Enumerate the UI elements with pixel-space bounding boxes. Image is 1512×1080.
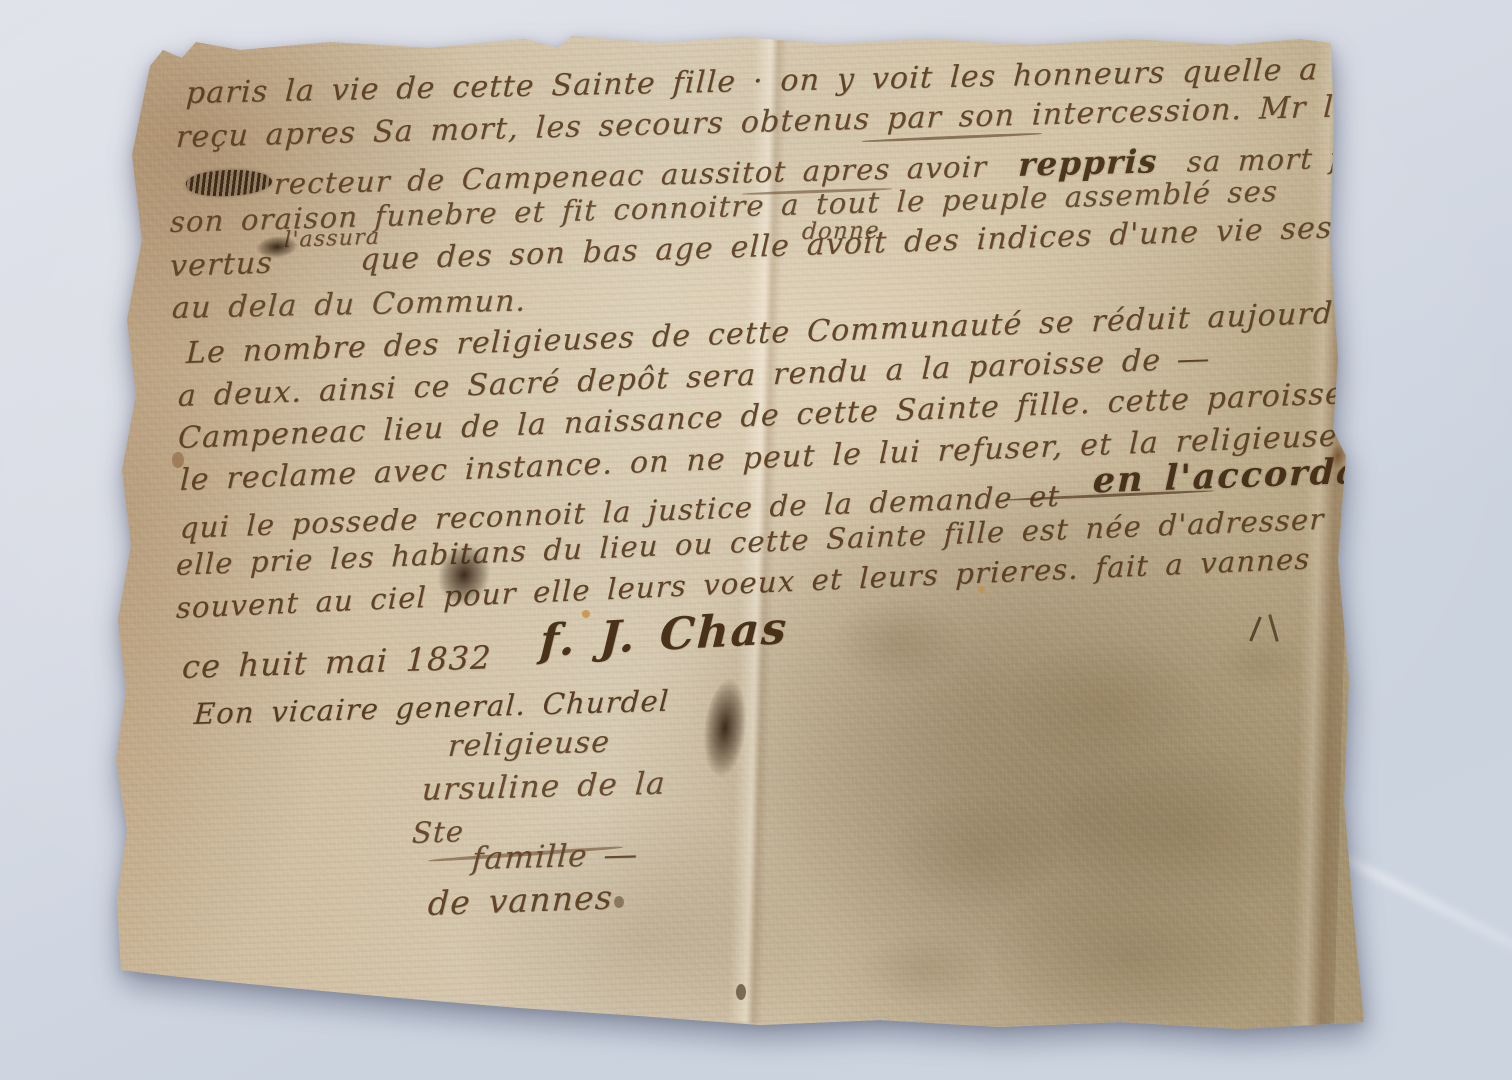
- signature-block-ursuline: ursuline de la: [421, 766, 667, 808]
- small-dark-spot: [614, 896, 624, 908]
- paper-shadow-wrapper: paris la vie de cette Sainte fille · on …: [0, 0, 1512, 1080]
- manuscript-line-6: au dela du Commun.: [171, 284, 527, 326]
- signature-block-vannes: de vannes: [427, 877, 614, 923]
- line-5-blot-gap: [289, 270, 343, 272]
- ink-bleed-through: [820, 600, 1340, 1020]
- line-3-text-end: sa mort fit: [1186, 140, 1365, 178]
- manuscript-paper: paris la vie de cette Sainte fille · on …: [0, 0, 1512, 1080]
- photo-backdrop: paris la vie de cette Sainte fille · on …: [0, 0, 1512, 1080]
- left-margin-stain: [172, 452, 184, 468]
- orange-speck-1: [582, 610, 590, 618]
- signature-block-ste: Ste: [411, 814, 465, 850]
- signature-block-religieuse: religieuse: [447, 725, 611, 764]
- orange-speck-2: [978, 586, 985, 593]
- crease-bottom-drip: [736, 984, 746, 1000]
